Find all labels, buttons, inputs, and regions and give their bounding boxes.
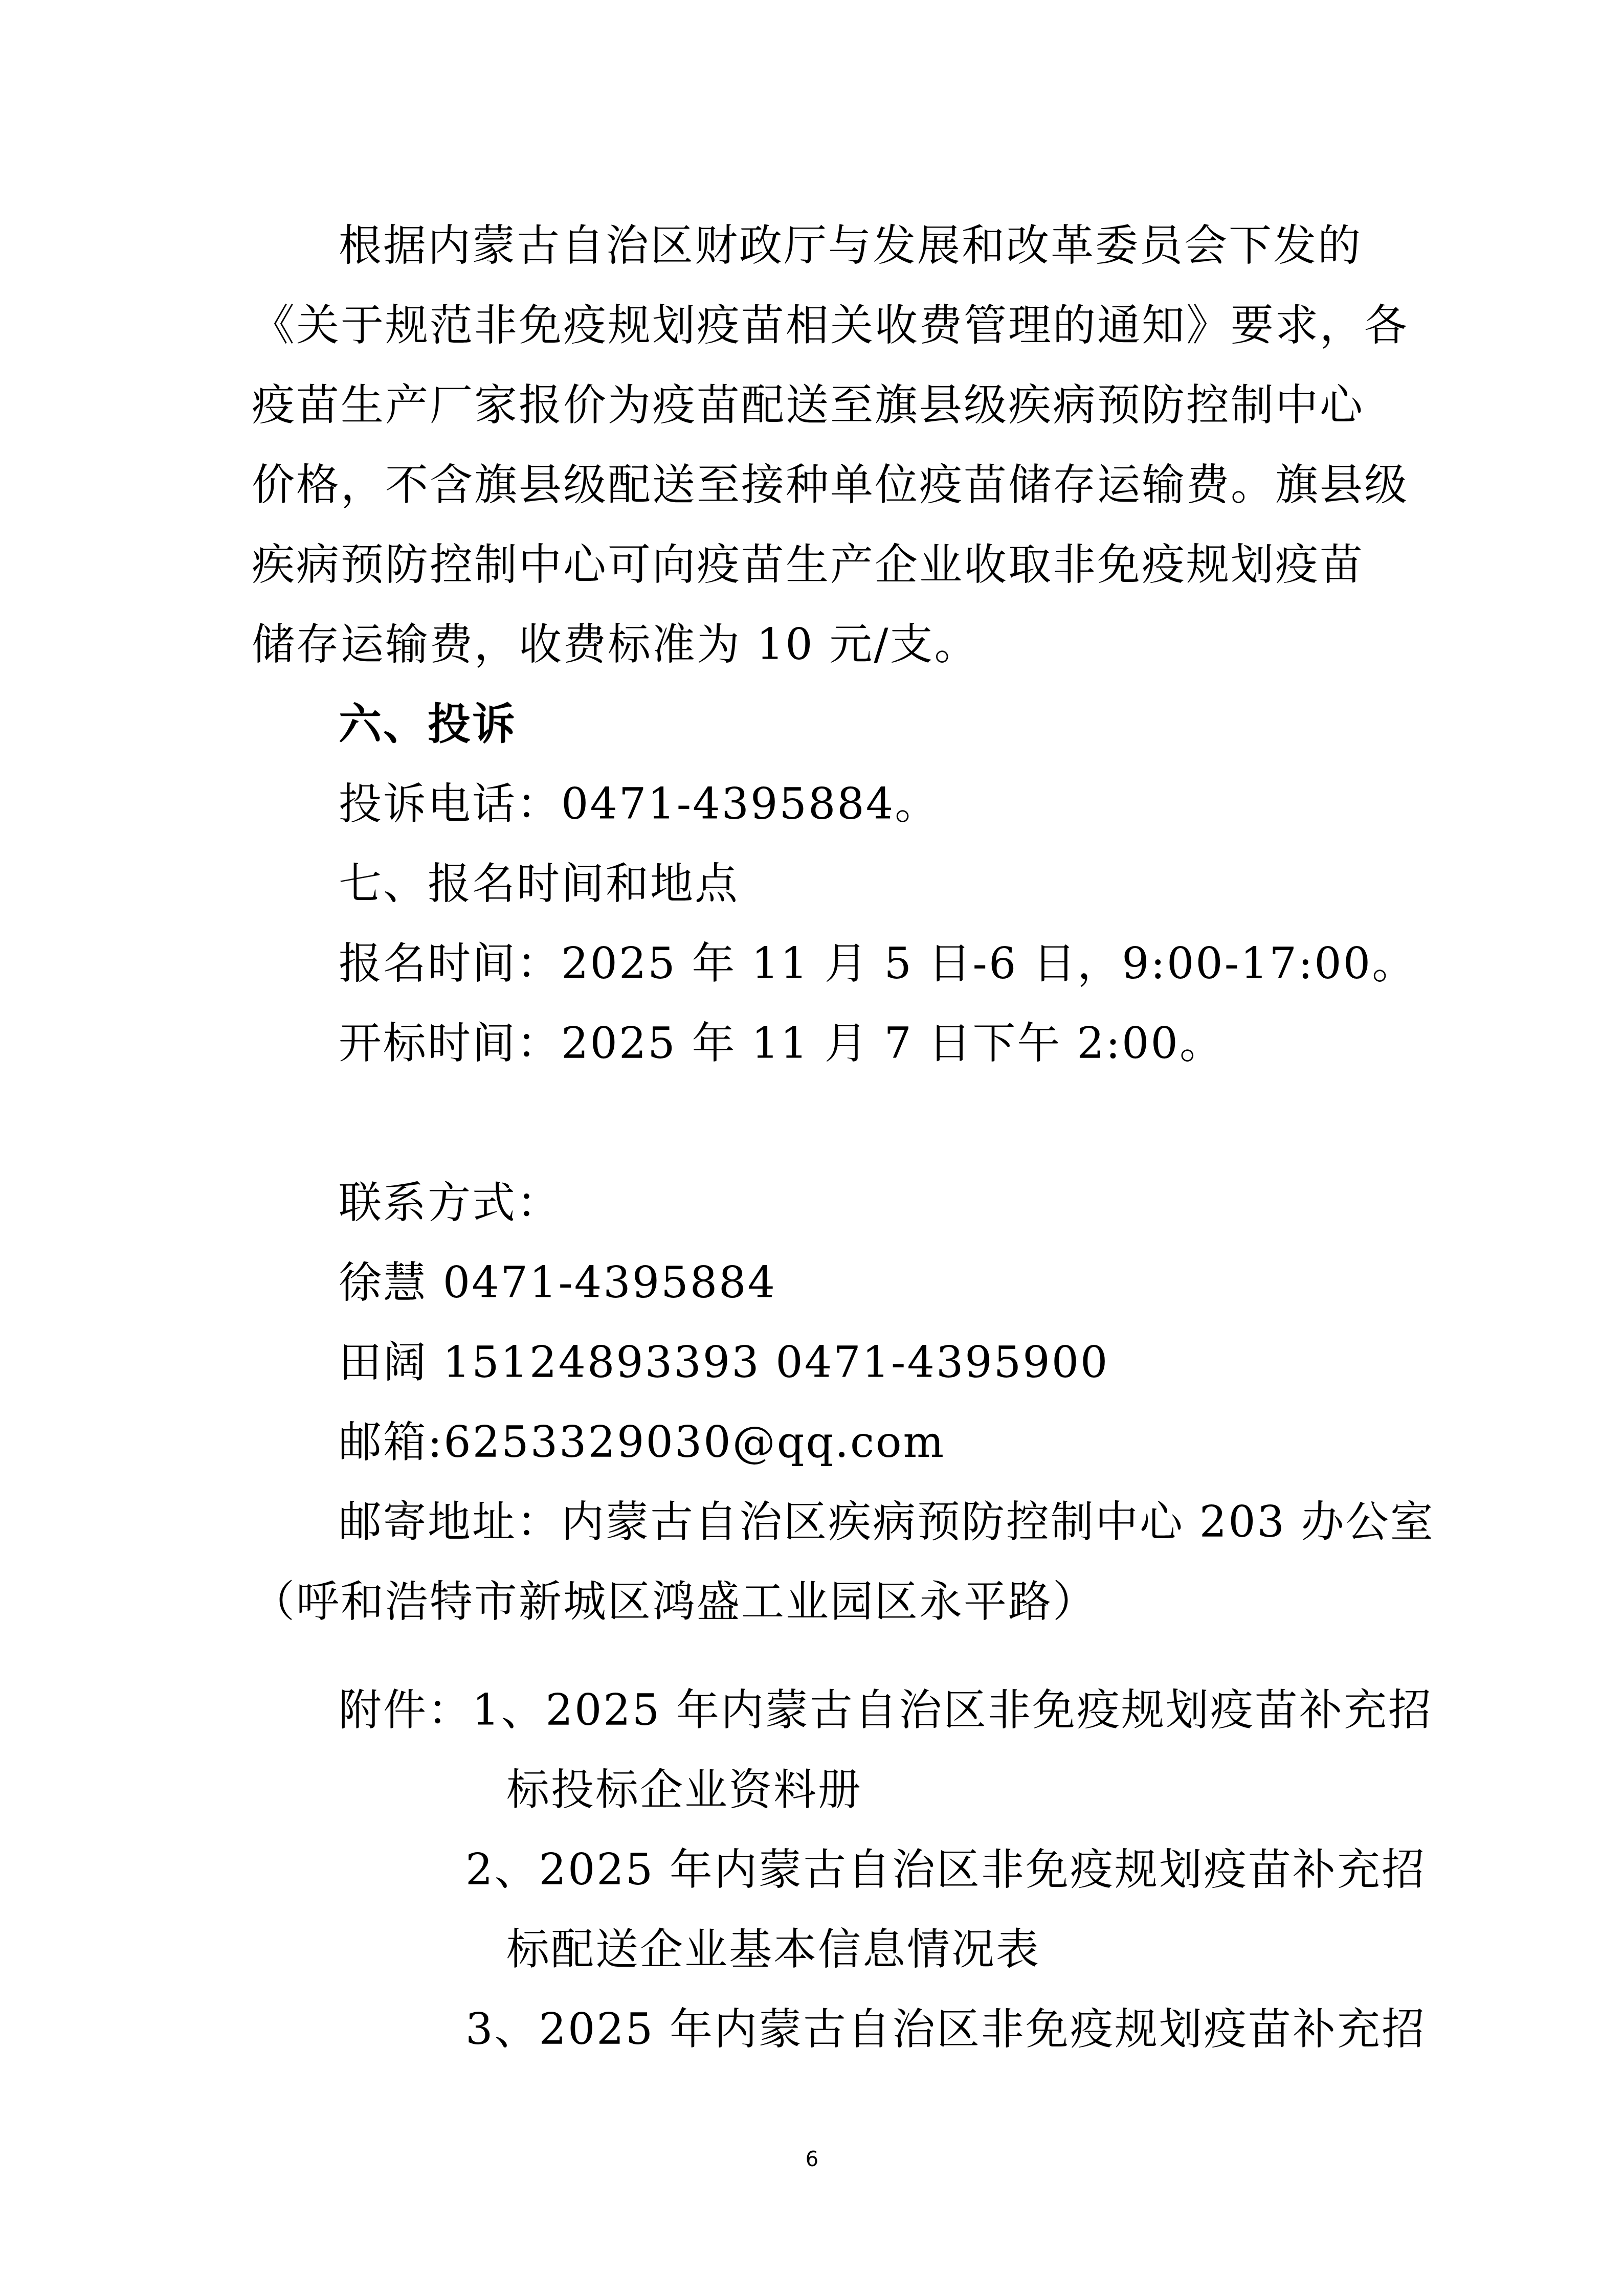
document-page: 根据内蒙古自治区财政厅与发展和改革委员会下发的 《关于规范非免疫规划疫苗相关收费… [0, 0, 1624, 2296]
attachment-3-line-1: 3、2025 年内蒙古自治区非免疫规划疫苗补充招 [465, 2004, 1606, 2055]
fee-paragraph-line-6: 储存运输费，收费标准为 10 元/支。 [252, 619, 1392, 670]
fee-paragraph-line-5: 疾病预防控制中心可向疫苗生产企业收取非免疫规划疫苗 [252, 539, 1392, 590]
attachment-2-line-1: 2、2025 年内蒙古自治区非免疫规划疫苗补充招 [465, 1844, 1606, 1895]
mailing-address: 邮寄地址：内蒙古自治区疾病预防控制中心 203 办公室 [339, 1496, 1479, 1547]
fee-paragraph-line-1: 根据内蒙古自治区财政厅与发展和改革委员会下发的 [339, 220, 1479, 271]
mailing-address-detail: （呼和浩特市新城区鸿盛工业园区永平路） [252, 1576, 1392, 1627]
contact-email: 邮箱:6253329030@qq.com [339, 1416, 1479, 1468]
complaint-phone: 投诉电话：0471-4395884。 [339, 778, 1479, 829]
attachment-2-line-2: 标配送企业基本信息情况表 [506, 1924, 1624, 1975]
section-7-heading: 七、报名时间和地点 [339, 858, 1479, 909]
opening-time: 开标时间：2025 年 11 月 7 日下午 2:00。 [339, 1018, 1479, 1069]
contact-person-1: 徐慧 0471-4395884 [339, 1257, 1479, 1308]
attachment-1-line-2: 标投标企业资料册 [506, 1764, 1624, 1815]
section-6-heading: 六、投诉 [339, 699, 1479, 750]
fee-paragraph-line-3: 疫苗生产厂家报价为疫苗配送至旗县级疾病预防控制中心 [252, 379, 1392, 431]
registration-time: 报名时间：2025 年 11 月 5 日-6 日，9:00-17:00。 [339, 938, 1479, 989]
fee-paragraph-line-2: 《关于规范非免疫规划疫苗相关收费管理的通知》要求，各 [252, 300, 1392, 351]
fee-paragraph-line-4: 价格，不含旗县级配送至接种单位疫苗储存运输费。旗县级 [252, 459, 1392, 510]
contact-person-2: 田阔 15124893393 0471-4395900 [339, 1337, 1479, 1388]
page-number: 6 [0, 2148, 1624, 2171]
contact-label: 联系方式： [339, 1177, 1479, 1228]
attachment-1-line-1: 附件：1、2025 年内蒙古自治区非免疫规划疫苗补充招 [339, 1684, 1479, 1736]
